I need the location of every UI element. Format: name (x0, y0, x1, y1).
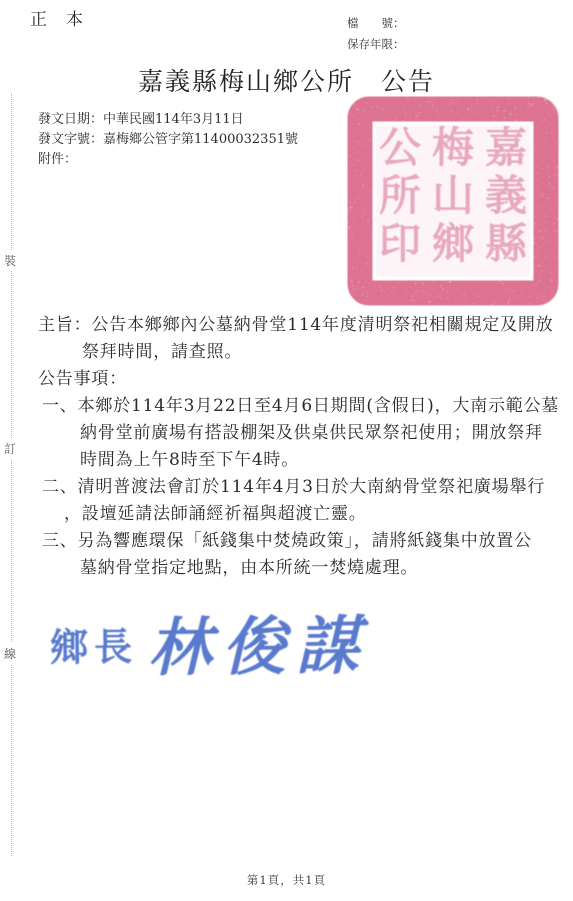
items-heading: 公告事項： (38, 366, 563, 393)
official-seal-stamp: 嘉 義 縣 梅 山 鄉 公 所 印 (346, 96, 560, 306)
item-line: 一、本鄉於114年3月22日至4月6日期間(含假日)，大南示範公墓 (38, 393, 563, 420)
announcement-body: 主旨：公告本鄉鄉內公墓納骨堂114年度清明祭祀相關規定及開放 祭拜時間，請查照。… (38, 312, 563, 582)
binding-mark-xian: 線 (4, 643, 16, 664)
issue-date-label: 發文日期： (38, 112, 103, 127)
file-number-label: 檔 號： (347, 13, 405, 34)
seal-character: 所 (379, 171, 421, 220)
seal-character: 義 (485, 171, 527, 220)
seal-character: 公 (379, 123, 421, 172)
item-number: 一、 (42, 396, 78, 416)
seal-character: 嘉 (485, 123, 527, 172)
item-line: 二、清明普渡法會訂於114年4月3日於大南納骨堂祭祀廣場舉行 (38, 474, 563, 501)
item-line: 納骨堂前廣場有搭設棚架及供桌供民眾祭祀使用；開放祭拜 (38, 420, 563, 447)
signature-title: 鄉長 (50, 616, 139, 672)
item-number: 三、 (42, 531, 78, 551)
binding-mark-zhuang: 裝 (4, 250, 16, 271)
subject-line: 主旨：公告本鄉鄉內公墓納骨堂114年度清明祭祀相關規定及開放 (38, 312, 563, 339)
binding-mark-ding: 訂 (4, 438, 16, 459)
document-meta: 發文日期：中華民國114年3月11日 發文字號：嘉梅鄉公管字第114000323… (38, 110, 298, 170)
item-text: 清明普渡法會訂於114年4月3日於大南納骨堂祭祀廣場舉行 (78, 477, 545, 497)
item-text: 本鄉於114年3月22日至4月6日期間(含假日)，大南示範公墓 (78, 396, 560, 416)
retention-period-label: 保存年限： (347, 34, 405, 55)
attachment-row: 附件： (38, 150, 298, 170)
doc-number-value: 嘉梅鄉公管字第11400032351號 (103, 132, 298, 147)
attachment-label: 附件： (38, 152, 77, 167)
document-title: 嘉義縣梅山鄉公所 公告 (0, 62, 573, 98)
page-footer: 第1頁，共1頁 (0, 872, 573, 888)
seal-character: 印 (379, 219, 421, 268)
seal-character: 梅 (432, 123, 474, 172)
seal-character: 鄉 (432, 219, 474, 268)
subject-text: 公告本鄉鄉內公墓納骨堂114年度清明祭祀相關規定及開放 (91, 315, 553, 335)
binding-dotted-line (11, 93, 12, 856)
item-line: 三、另為響應環保「紙錢集中焚燒政策」，請將紙錢集中放置公 (38, 528, 563, 555)
item-text: 另為響應環保「紙錢集中焚燒政策」，請將紙錢集中放置公 (78, 531, 532, 551)
item-line: ，設壇延請法師誦經祈福與超渡亡靈。 (38, 501, 563, 528)
doc-number-row: 發文字號：嘉梅鄉公管字第11400032351號 (38, 130, 298, 150)
issue-date-value: 中華民國114年3月11日 (103, 112, 244, 127)
subject-line: 祭拜時間，請查照。 (38, 339, 563, 366)
seal-character: 縣 (485, 219, 528, 268)
item-number: 二、 (42, 477, 78, 497)
mayor-signature-stamp: 鄉長 林俊謀 (50, 595, 371, 689)
signature-name: 林俊謀 (148, 595, 371, 688)
seal-character: 山 (432, 171, 474, 220)
doc-number-label: 發文字號： (38, 132, 103, 147)
copy-type-label: 正 本 (30, 5, 84, 30)
item-line: 墓納骨堂指定地點，由本所統一焚燒處理。 (38, 555, 563, 582)
document-page: 正 本 檔 號： 保存年限： 嘉義縣梅山鄉公所 公告 發文日期：中華民國114年… (0, 0, 573, 901)
item-line: 時間為上午8時至下午4時。 (38, 447, 563, 474)
issue-date-row: 發文日期：中華民國114年3月11日 (38, 110, 298, 130)
subject-label: 主旨： (38, 315, 91, 335)
file-header: 檔 號： 保存年限： (347, 13, 405, 55)
